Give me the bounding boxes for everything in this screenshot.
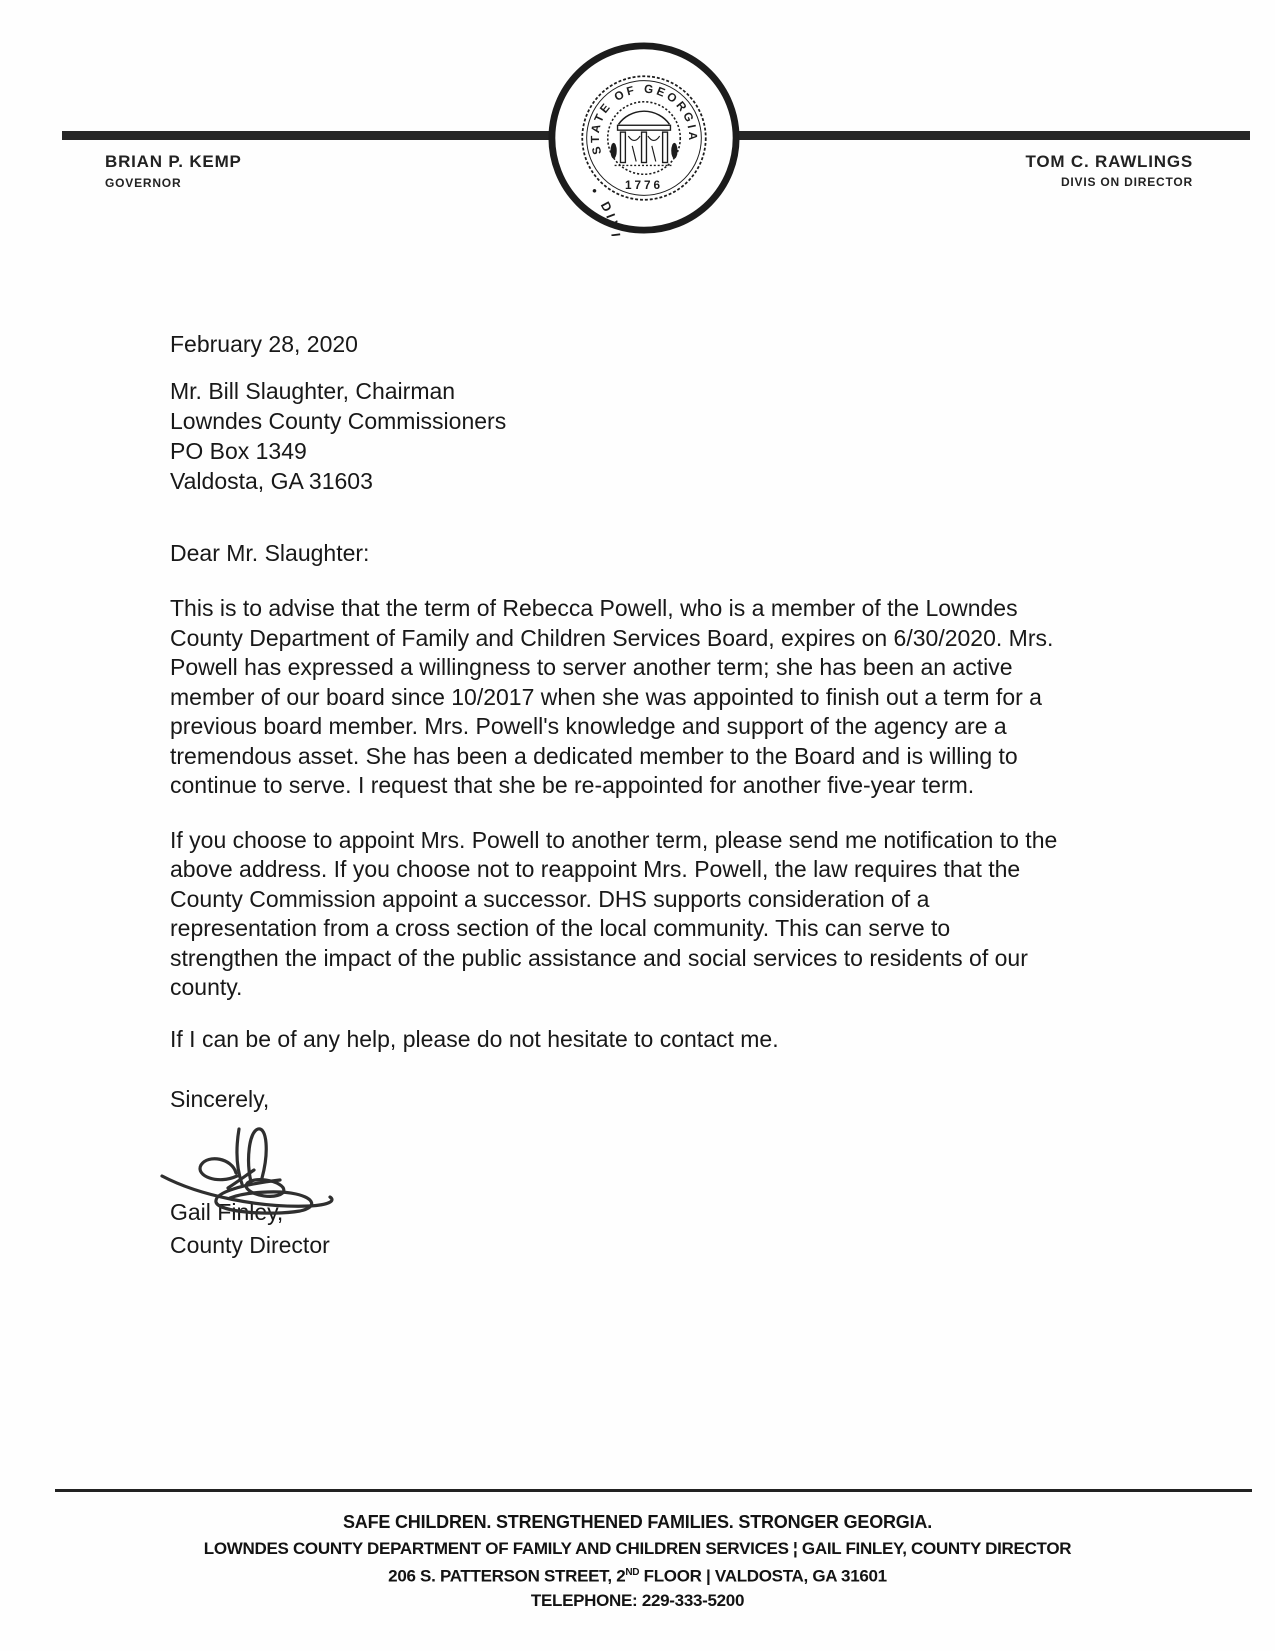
letter-date: February 28, 2020 — [170, 330, 1150, 360]
footer-rule — [55, 1489, 1252, 1492]
recipient-address: Mr. Bill Slaughter, Chairman Lowndes Cou… — [170, 376, 1150, 496]
paragraph-3: If I can be of any help, please do not h… — [170, 1025, 1150, 1055]
footer-address-ordinal: ND — [625, 1567, 639, 1578]
governor-block: BRIAN P. KEMP GOVERNOR — [105, 152, 242, 193]
governor-title: GOVERNOR — [105, 173, 242, 193]
salutation: Dear Mr. Slaughter: — [170, 539, 1150, 569]
footer-address-line: 206 S. PATTERSON STREET, 2ND FLOOR | VAL… — [0, 1562, 1275, 1588]
footer: SAFE CHILDREN. STRENGTHENED FAMILIES. ST… — [0, 1510, 1275, 1612]
footer-telephone: TELEPHONE: 229-333-5200 — [0, 1590, 1275, 1612]
paragraph-1: This is to advise that the term of Rebec… — [170, 594, 1150, 801]
director-title: DIVIS ON DIRECTOR — [1025, 172, 1193, 192]
scanned-letter-page: BRIAN P. KEMP GOVERNOR TOM C. RAWLINGS D… — [0, 0, 1275, 1651]
paragraph-2: If you choose to appoint Mrs. Powell to … — [170, 826, 1150, 1003]
governor-name: BRIAN P. KEMP — [105, 152, 242, 172]
handwritten-signature — [150, 1112, 545, 1257]
director-name: TOM C. RAWLINGS — [1025, 152, 1193, 172]
footer-address-pre: 206 S. PATTERSON STREET, 2 — [388, 1567, 625, 1586]
director-block: TOM C. RAWLINGS DIVIS ON DIRECTOR — [1025, 152, 1193, 192]
division-seal-icon: • DIVISION OF FAMILY & CHILDREN SERVICES… — [546, 40, 742, 236]
seal-year: 1776 — [625, 179, 663, 192]
footer-address-post: FLOOR | VALDOSTA, GA 31601 — [639, 1567, 887, 1586]
footer-org-line: LOWNDES COUNTY DEPARTMENT OF FAMILY AND … — [0, 1538, 1275, 1560]
footer-tagline: SAFE CHILDREN. STRENGTHENED FAMILIES. ST… — [0, 1510, 1275, 1534]
closing: Sincerely, — [170, 1085, 1150, 1115]
